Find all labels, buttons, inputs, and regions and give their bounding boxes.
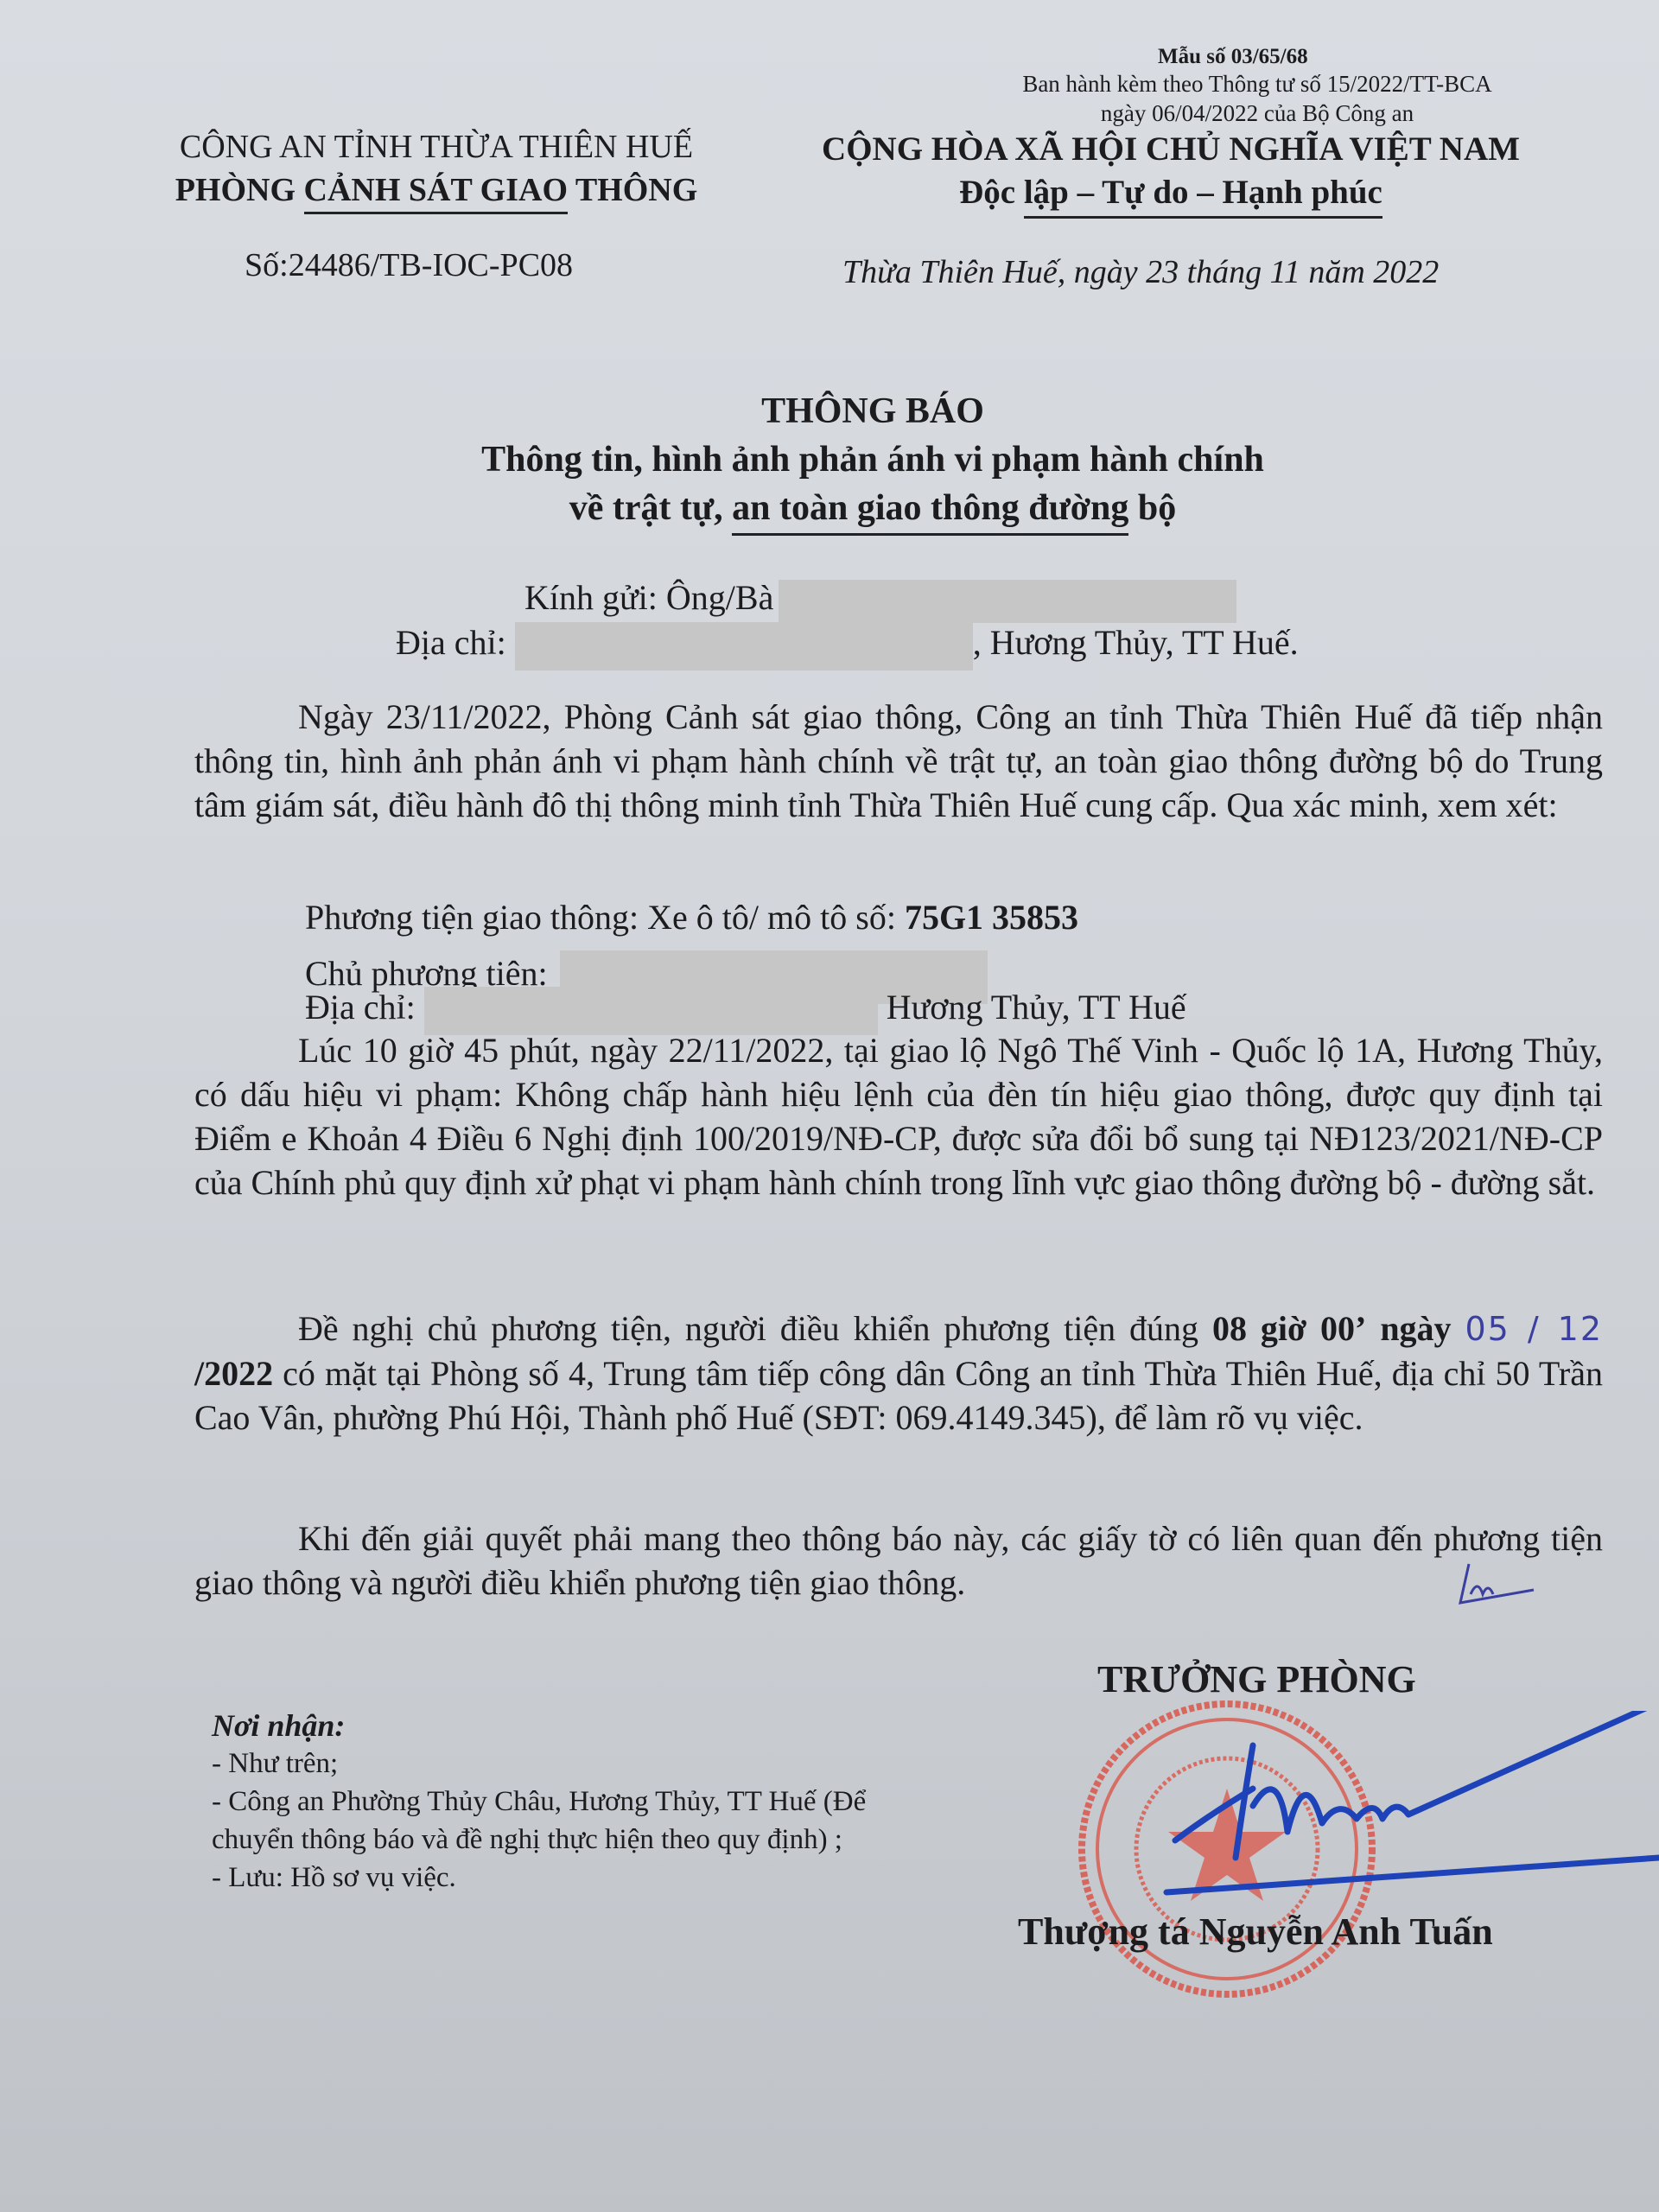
- handwritten-month: 12: [1558, 1310, 1603, 1348]
- agency-dept-prefix: PHÒNG: [175, 172, 304, 208]
- title-sub-2-suffix: bộ: [1128, 488, 1176, 528]
- title-sub-2-underlined: an toàn giao thông đường: [732, 488, 1128, 536]
- redacted-recipient-name: [779, 580, 1236, 623]
- form-number: Mẫu số 03/65/68: [1158, 45, 1308, 69]
- agency-dept-suffix: THÔNG: [568, 172, 697, 208]
- recipients-block: Nơi nhận: - Như trên; - Công an Phường T…: [212, 1707, 903, 1897]
- paragraph-documents: Khi đến giải quyết phải mang theo thông …: [194, 1516, 1603, 1605]
- paragraph-violation: Lúc 10 giờ 45 phút, ngày 22/11/2022, tại…: [194, 1028, 1603, 1205]
- motto-underlined: lập – Tự do – Hạnh phúc: [1024, 174, 1382, 219]
- signatory-title: TRƯỞNG PHÒNG: [1097, 1657, 1416, 1701]
- paragraph-receipt: Ngày 23/11/2022, Phòng Cảnh sát giao thô…: [194, 695, 1603, 827]
- summons-time: 08 giờ 00’: [1212, 1309, 1366, 1348]
- agency-parent: CÔNG AN TỈNH THỪA THIÊN HUẾ: [130, 125, 743, 168]
- recipient-item: - Như trên;: [212, 1745, 903, 1783]
- license-plate: 75G1 35853: [905, 898, 1078, 937]
- recipients-heading: Nơi nhận:: [212, 1707, 903, 1745]
- title-sub-1: Thông tin, hình ảnh phản ánh vi phạm hàn…: [311, 435, 1434, 484]
- summons-year: /2022: [194, 1354, 273, 1393]
- form-reference-line-1: Ban hành kèm theo Thông tư số 15/2022/TT…: [972, 69, 1542, 99]
- title-sub-2: về trật tự, an toàn giao thông đường bộ: [311, 484, 1434, 532]
- handwritten-day: 05: [1465, 1310, 1510, 1348]
- title-main: THÔNG BÁO: [311, 387, 1434, 435]
- document-number: Số:24486/TB-IOC-PC08: [245, 246, 573, 284]
- vehicle-line: Phương tiện giao thông: Xe ô tô/ mô tô s…: [305, 895, 1078, 939]
- vehicle-label: Phương tiện giao thông: Xe ô tô/ mô tô s…: [305, 898, 905, 937]
- notice-document: Mẫu số 03/65/68 Ban hành kèm theo Thông …: [0, 0, 1659, 2212]
- form-reference: Ban hành kèm theo Thông tư số 15/2022/TT…: [972, 69, 1542, 128]
- issuing-agency: CÔNG AN TỈNH THỪA THIÊN HUẾ PHÒNG CẢNH S…: [130, 125, 743, 212]
- summons-text-prefix: Đề nghị chủ phương tiện, người điều khiể…: [298, 1309, 1212, 1348]
- paragraph-summons: Đề nghị chủ phương tiện, người điều khiể…: [194, 1306, 1603, 1440]
- initial-mark-icon: [1452, 1555, 1547, 1616]
- recipient-item: - Lưu: Hồ sơ vụ việc.: [212, 1859, 903, 1897]
- recipient-address: Địa chỉ:, Hương Thủy, TT Huế.: [396, 622, 1299, 671]
- address-label: Địa chỉ:: [396, 623, 506, 662]
- republic-name: CỘNG HÒA XÃ HỘI CHỦ NGHĨA VIỆT NAM: [782, 128, 1560, 171]
- summons-day-label: ngày: [1380, 1309, 1451, 1348]
- agency-department: PHÒNG CẢNH SÁT GIAO THÔNG: [130, 168, 743, 212]
- address-suffix: , Hương Thủy, TT Huế.: [973, 623, 1299, 662]
- signature-icon: [1158, 1711, 1659, 1901]
- document-title: THÔNG BÁO Thông tin, hình ảnh phản ánh v…: [311, 387, 1434, 532]
- motto: Độc lập – Tự do – Hạnh phúc: [782, 171, 1560, 214]
- redacted-recipient-address: [515, 622, 973, 671]
- agency-dept-underlined: CẢNH SÁT GIAO: [304, 172, 568, 214]
- owner-address-label: Địa chỉ:: [305, 988, 424, 1027]
- motto-prefix: Độc: [959, 174, 1024, 211]
- greeting-label: Kính gửi: Ông/Bà: [524, 578, 773, 617]
- recipient-item: - Công an Phường Thủy Châu, Hương Thủy, …: [212, 1783, 903, 1859]
- national-motto: CỘNG HÒA XÃ HỘI CHỦ NGHĨA VIỆT NAM Độc l…: [782, 128, 1560, 214]
- title-sub-2-prefix: về trật tự,: [569, 488, 732, 528]
- form-reference-line-2: ngày 06/04/2022 của Bộ Công an: [972, 99, 1542, 128]
- summons-text-suffix: có mặt tại Phòng số 4, Trung tâm tiếp cô…: [194, 1354, 1603, 1437]
- place-and-date: Thừa Thiên Huế, ngày 23 tháng 11 năm 202…: [842, 253, 1439, 291]
- owner-address-suffix: Hương Thủy, TT Huế: [878, 988, 1186, 1027]
- signatory-name: Thượng tá Nguyễn Anh Tuấn: [1018, 1910, 1493, 1954]
- recipient-greeting: Kính gửi: Ông/Bà: [524, 577, 1236, 623]
